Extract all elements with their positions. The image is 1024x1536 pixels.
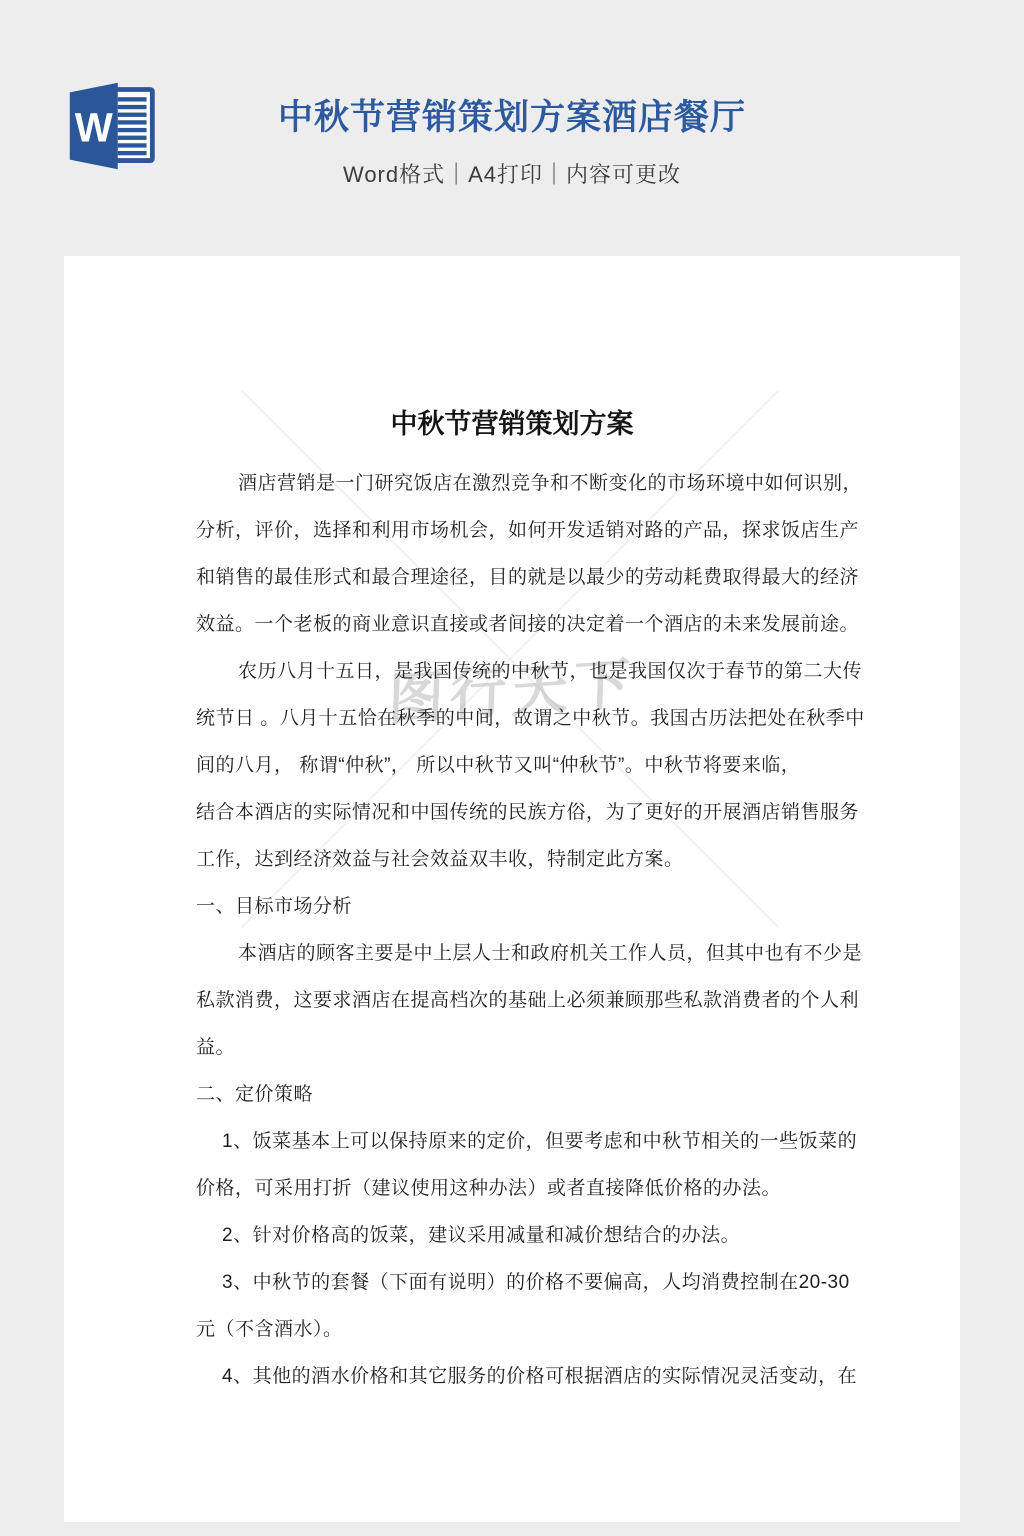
document-line: 1、饭菜基本上可以保持原来的定价，但要考虑和中秋节相关的一些饭菜的 <box>196 1116 842 1163</box>
document-body: 酒店营销是一门研究饭店在激烈竞争和不断变化的市场环境中如何识别， 分析，评价，选… <box>196 458 842 1398</box>
document-line: 2、针对价格高的饭菜，建议采用减量和减价想结合的办法。 <box>196 1210 842 1257</box>
document-line: 间的八月， 称谓“仲秋”， 所以中秋节又叫“仲秋节”。中秋节将要来临， <box>196 740 842 787</box>
document-line: 效益。一个老板的商业意识直接或者间接的决定着一个酒店的未来发展前途。 <box>196 599 842 646</box>
document-line: 酒店营销是一门研究饭店在激烈竞争和不断变化的市场环境中如何识别， <box>196 458 842 505</box>
document-line: 益。 <box>196 1022 842 1069</box>
document-line: 私款消费，这要求酒店在提高档次的基础上必须兼顾那些私款消费者的个人利 <box>196 975 842 1022</box>
document-line: 本酒店的顾客主要是中上层人士和政府机关工作人员，但其中也有不少是 <box>196 928 842 975</box>
document-line: 元（不含酒水）。 <box>196 1304 842 1351</box>
document-page: 图行天下 中秋节营销策划方案 酒店营销是一门研究饭店在激烈竞争和不断变化的市场环… <box>64 256 960 1522</box>
document-line: 分析，评价，选择和利用市场机会，如何开发适销对路的产品，探求饭店生产 <box>196 505 842 552</box>
document-line: 结合本酒店的实际情况和中国传统的民族方俗，为了更好的开展酒店销售服务 <box>196 787 842 834</box>
header-title: 中秋节营销策划方案酒店餐厅 <box>0 94 1024 142</box>
document-line: 价格，可采用打折（建议使用这种办法）或者直接降低价格的办法。 <box>196 1163 842 1210</box>
section-heading: 二、定价策略 <box>196 1069 842 1116</box>
header-subtitle: Word格式｜A4打印｜内容可更改 <box>0 160 1024 190</box>
page-header: W 中秋节营销策划方案酒店餐厅 Word格式｜A4打印｜内容可更改 <box>0 0 1024 256</box>
document-line: 农历八月十五日，是我国传统的中秋节，也是我国仅次于春节的第二大传 <box>196 646 842 693</box>
section-heading: 一、目标市场分析 <box>196 881 842 928</box>
document-line: 4、其他的酒水价格和其它服务的价格可根据酒店的实际情况灵活变动，在 <box>196 1351 842 1398</box>
document-line: 3、中秋节的套餐（下面有说明）的价格不要偏高，人均消费控制在20-30 <box>196 1257 842 1304</box>
document-title: 中秋节营销策划方案 <box>64 404 960 444</box>
document-line: 工作，达到经济效益与社会效益双丰收，特制定此方案。 <box>196 834 842 881</box>
document-line: 和销售的最佳形式和最合理途径，目的就是以最少的劳动耗费取得最大的经济 <box>196 552 842 599</box>
template-preview-screen: { "header": { "logo_letter": "W", "title… <box>0 0 1024 1536</box>
document-line: 统节日 。八月十五恰在秋季的中间，故谓之中秋节。我国古历法把处在秋季中 <box>196 693 842 740</box>
